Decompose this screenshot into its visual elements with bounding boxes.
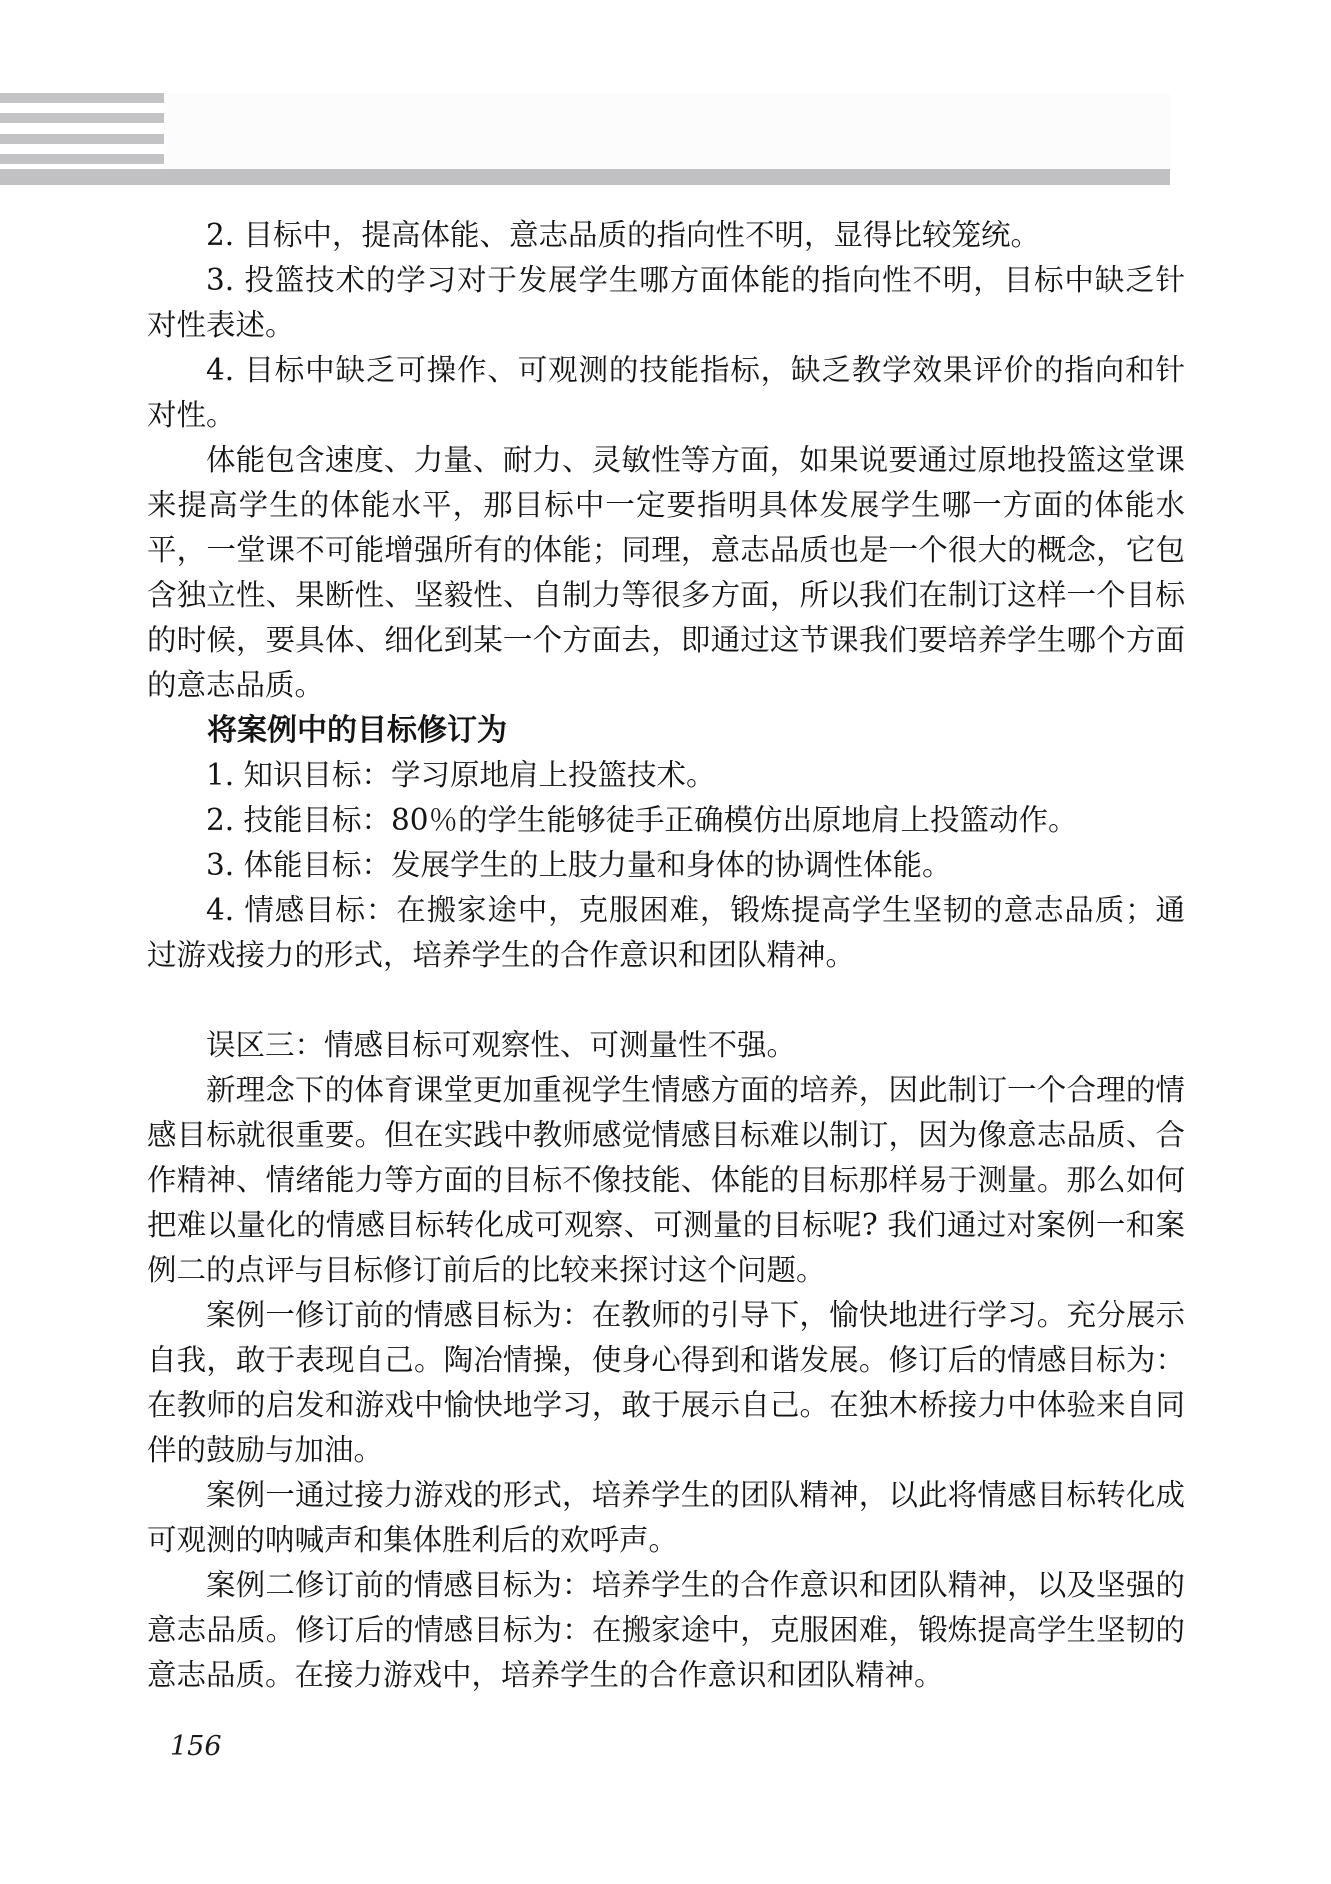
numbered-point: 4. 目标中缺乏可操作、可观测的技能指标，缺乏教学效果评价的指向和针对性。: [147, 348, 1185, 438]
header-stripe-decoration: [0, 113, 164, 123]
revised-goal: 1. 知识目标：学习原地肩上投篮技术。: [147, 753, 1185, 798]
page-number: 156: [170, 1731, 222, 1762]
misconception3-heading: 误区三：情感目标可观察性、可测量性不强。: [147, 1023, 1185, 1068]
header-stripe-decoration: [0, 93, 164, 103]
body-paragraph: 案例一修订前的情感目标为：在教师的引导下，愉快地进行学习。充分展示自我，敢于表现…: [147, 1293, 1185, 1473]
body-paragraph: 案例二修订前的情感目标为：培养学生的合作意识和团队精神，以及坚强的意志品质。修订…: [147, 1563, 1185, 1698]
header-stripe-decoration: [0, 154, 164, 164]
revision-heading: 将案例中的目标修订为: [147, 708, 1185, 753]
analysis-paragraph: 体能包含速度、力量、耐力、灵敏性等方面，如果说要通过原地投篮这堂课来提高学生的体…: [147, 438, 1185, 708]
revised-goal: 2. 技能目标：80％的学生能够徒手正确模仿出原地肩上投篮动作。: [147, 798, 1185, 843]
revised-goal: 3. 体能目标：发展学生的上肢力量和身体的协调性体能。: [147, 843, 1185, 888]
header-rule-decoration: [0, 169, 1170, 185]
page-body-text: 2. 目标中，提高体能、意志品质的指向性不明，显得比较笼统。 3. 投篮技术的学…: [147, 213, 1185, 1698]
numbered-point: 3. 投篮技术的学习对于发展学生哪方面体能的指向性不明，目标中缺乏针对性表述。: [147, 258, 1185, 348]
numbered-point: 2. 目标中，提高体能、意志品质的指向性不明，显得比较笼统。: [147, 213, 1185, 258]
book-page: 2. 目标中，提高体能、意志品质的指向性不明，显得比较笼统。 3. 投篮技术的学…: [0, 0, 1331, 1884]
body-paragraph: 新理念下的体育课堂更加重视学生情感方面的培养，因此制订一个合理的情感目标就很重要…: [147, 1068, 1185, 1293]
header-stripe-decoration: [0, 134, 164, 144]
revised-goal: 4. 情感目标：在搬家途中，克服困难，锻炼提高学生坚韧的意志品质；通过游戏接力的…: [147, 888, 1185, 978]
header-panel-decoration: [164, 93, 1170, 169]
misconception3-section: 误区三：情感目标可观察性、可测量性不强。 新理念下的体育课堂更加重视学生情感方面…: [147, 1023, 1185, 1698]
misconception2-section: 2. 目标中，提高体能、意志品质的指向性不明，显得比较笼统。 3. 投篮技术的学…: [147, 213, 1185, 978]
body-paragraph: 案例一通过接力游戏的形式，培养学生的团队精神，以此将情感目标转化成可观测的呐喊声…: [147, 1473, 1185, 1563]
